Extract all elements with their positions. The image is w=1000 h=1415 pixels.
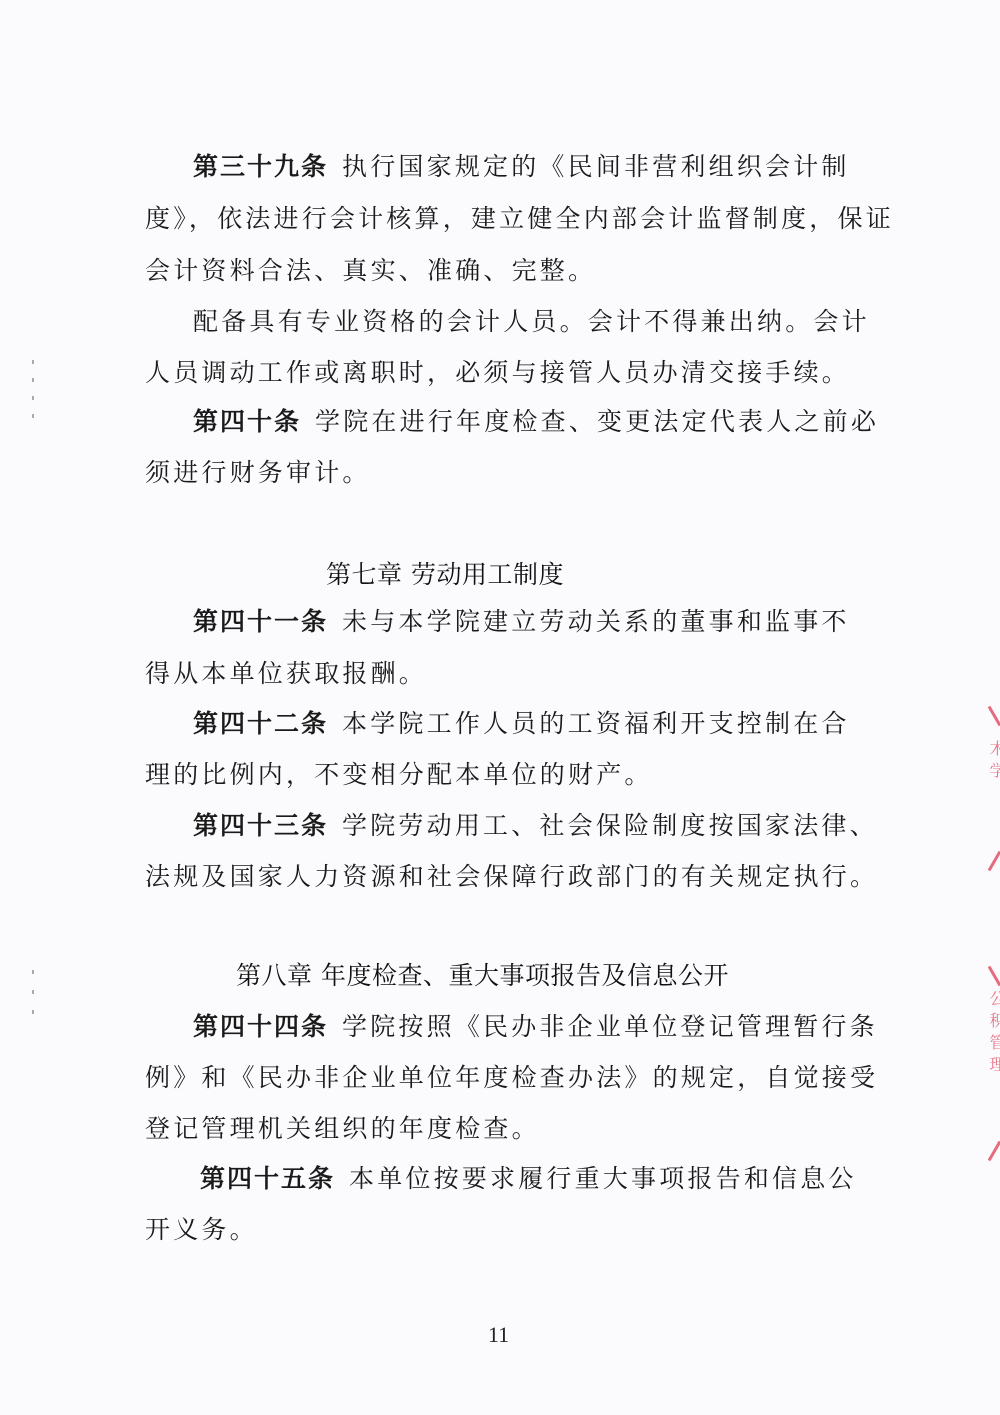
article-42-label: 第四十二条 [193,709,328,738]
chapter-7-heading: 第七章 劳动用工制度 [326,560,564,590]
article-43-line-1: 第四十三条学院劳动用工、社会保险制度按国家法律、 [193,811,878,841]
article-40-label: 第四十条 [193,407,301,436]
article-39-line-3: 会计资料合法、真实、准确、完整。 [145,256,596,286]
article-44-line-2: 例》和《民办非企业单位年度检查办法》的规定，自觉接受 [145,1063,878,1093]
margin-mark [32,396,34,400]
article-text: 学院按照《民办非企业单位登记管理暂行条 [342,1012,878,1041]
margin-mark [32,378,34,382]
seal-arc [988,851,1000,872]
article-44-line-1: 第四十四条学院按照《民办非企业单位登记管理暂行条 [193,1012,878,1042]
article-43-label: 第四十三条 [193,811,328,840]
seal-upper-text: 术学 [968,740,1000,840]
article-45-line-2: 开义务。 [145,1215,258,1245]
article-45-label: 第四十五条 [200,1164,335,1193]
article-41-line-2: 得从本单位获取报酬。 [145,659,427,689]
article-text: 本单位按要求履行重大事项报告和信息公 [349,1164,857,1193]
article-42-line-1: 第四十二条本学院工作人员的工资福利开支控制在合 [193,709,850,739]
article-42-line-2: 理的比例内，不变相分配本单位的财产。 [145,760,653,790]
article-44-line-3: 登记管理机关组织的年度检查。 [145,1114,540,1144]
article-39-line-2: 度》，依法进行会计核算，建立健全内部会计监督制度，保证 [145,204,894,234]
margin-mark [32,970,34,974]
page-number: 11 [488,1322,509,1348]
article-40-line-1: 第四十条学院在进行年度检查、变更法定代表人之前必 [193,407,879,437]
accountant-para-line-1: 配备具有专业资格的会计人员。会计不得兼出纳。会计 [193,307,870,337]
article-text: 本学院工作人员的工资福利开支控制在合 [342,709,850,738]
article-39-label: 第三十九条 [193,152,328,181]
article-text: 学院劳动用工、社会保险制度按国家法律、 [342,811,878,840]
margin-mark [32,990,34,994]
margin-mark [32,1010,34,1014]
article-43-line-2: 法规及国家人力资源和社会保障行政部门的有关规定执行。 [145,862,878,892]
article-text: 执行国家规定的《民间非营利组织会计制 [342,152,850,181]
article-text: 学院在进行年度检查、变更法定代表人之前必 [315,407,879,436]
article-44-label: 第四十四条 [193,1012,328,1041]
seal-arc [988,966,1000,987]
seal-arc [988,706,1000,727]
article-39-line-1: 第三十九条执行国家规定的《民间非营利组织会计制 [193,152,850,182]
document-page: 第三十九条执行国家规定的《民间非营利组织会计制 度》，依法进行会计核算，建立健全… [0,0,1000,1415]
article-40-line-2: 须进行财务审计。 [145,458,371,488]
accountant-para-line-2: 人员调动工作或离职时，必须与接管人员办清交接手续。 [145,358,850,388]
seal-arc [988,1141,1000,1162]
article-41-line-1: 第四十一条未与本学院建立劳动关系的董事和监事不 [193,607,850,637]
article-45-line-1: 第四十五条本单位按要求履行重大事项报告和信息公 [200,1164,857,1194]
margin-mark [32,414,34,418]
seal-lower-text: 公积管理 [968,990,1000,1140]
chapter-8-heading: 第八章 年度检查、重大事项报告及信息公开 [236,961,729,991]
article-text: 未与本学院建立劳动关系的董事和监事不 [342,607,850,636]
margin-mark [32,360,34,364]
article-41-label: 第四十一条 [193,607,328,636]
